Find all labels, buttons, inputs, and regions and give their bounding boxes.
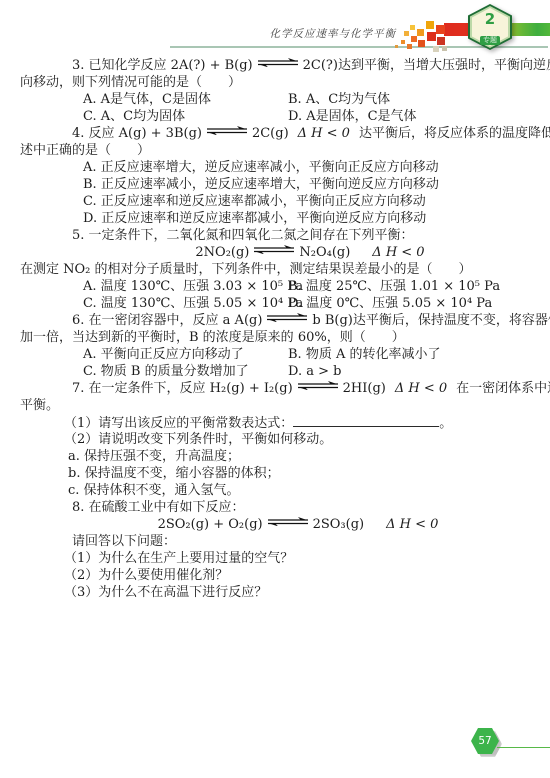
- question-5-options-cd: C. 温度 130℃、压强 5.05 × 10⁴ Pa D. 温度 0℃、压强 …: [20, 295, 520, 312]
- question-4-option-b: B. 正反应速率减小，逆反应速率增大，平衡向逆反应方向移动: [20, 176, 520, 193]
- question-4-option-d: D. 正反应速率和逆反应速率都减小，平衡向逆反应方向移动: [20, 210, 520, 227]
- option-c: C. 温度 130℃、压强 5.05 × 10⁴ Pa: [83, 296, 303, 311]
- answer-blank: [293, 414, 439, 427]
- question-7-sub-b: b. 保持温度不变，缩小容器的体积；: [20, 465, 520, 482]
- question-3-line-1: 3. 已知化学反应 2A(?) + B(g)2C(?)达到平衡，当增大压强时，平…: [20, 57, 520, 74]
- question-8-sub-1: （1）为什么在生产上要用过量的空气？: [20, 550, 520, 567]
- delta-h: Δ H < 0: [395, 381, 447, 396]
- option-d: D. A是固体，C是气体: [288, 108, 417, 125]
- question-6-line-1: 6. 在一密闭容器中，反应 a A(g)b B(g)达平衡后，保持温度不变，将容…: [20, 312, 520, 329]
- chapter-number: 2: [468, 12, 512, 27]
- mosaic-square: [442, 46, 447, 51]
- option-d: D. 温度 0℃、压强 5.05 × 10⁴ Pa: [288, 295, 492, 312]
- question-5-line-2: 在测定 NO₂ 的相对分子质量时，下列条件中，测定结果误差最小的是（ ）: [20, 261, 520, 278]
- question-7-line-1: 7. 在一定条件下，反应 H₂(g) + I₂(g)2HI(g)Δ H < 0在…: [20, 380, 520, 397]
- mosaic-square: [418, 40, 425, 47]
- mosaic-square: [404, 31, 409, 36]
- option-b: B. 物质 A 的转化率减小了: [288, 346, 440, 363]
- question-7-sub-c: c. 保持体积不变，通入氢气。: [20, 482, 520, 499]
- question-5-line-1: 5. 一定条件下，二氧化氮和四氧化二氮之间存在下列平衡：: [20, 227, 520, 244]
- equilibrium-arrow-icon: [267, 517, 309, 526]
- option-b: B. A、C均为气体: [288, 91, 390, 108]
- question-8-sub-3: （3）为什么不在高温下进行反应？: [20, 584, 520, 601]
- mosaic-square: [426, 21, 434, 29]
- question-7-sub-2: （2）请说明改变下列条件时，平衡如何移动。: [20, 431, 520, 448]
- chapter-badge: 2 专题: [468, 4, 512, 50]
- question-3-options-cd: C. A、C均为固体 D. A是固体，C是气体: [20, 108, 520, 125]
- mosaic-square: [427, 32, 436, 41]
- question-8-equation: 2SO₂(g) + O₂(g)2SO₃(g)Δ H < 0: [20, 516, 520, 533]
- question-8-sub-2: （2）为什么要使用催化剂？: [20, 567, 520, 584]
- equilibrium-arrow-icon: [253, 245, 295, 254]
- equilibrium-arrow-icon: [206, 126, 248, 135]
- question-3-line-2: 向移动，则下列情况可能的是（ ）: [20, 74, 520, 91]
- equilibrium-arrow-icon: [257, 58, 299, 67]
- option-c: C. 物质 B 的质量分数增加了: [83, 364, 249, 379]
- question-4-option-c: C. 正反应速率和逆反应速率都减小，平衡向正反应方向移动: [20, 193, 520, 210]
- option-d: D. a > b: [288, 363, 341, 380]
- question-7-sub-1: （1）请写出该反应的平衡常数表达式：。: [20, 414, 520, 431]
- chapter-title: 化学反应速率与化学平衡: [240, 26, 396, 41]
- option-a: A. A是气体，C是固体: [83, 92, 211, 107]
- header-mosaic: [393, 20, 453, 54]
- question-5-equation: 2NO₂(g)N₂O₄(g)Δ H < 0: [20, 244, 520, 261]
- mosaic-square: [410, 25, 415, 30]
- page-number: 57: [478, 735, 491, 747]
- question-4-line-2: 述中正确的是（ ）: [20, 142, 520, 159]
- mosaic-square: [411, 36, 417, 42]
- textbook-page: 化学反应速率与化学平衡 2 专题 3. 已知化学反应 2A(?) + B(g)2…: [0, 0, 550, 778]
- footer-line: [497, 747, 550, 748]
- option-a: A. 平衡向正反应方向移动了: [83, 347, 244, 362]
- mosaic-square: [401, 40, 405, 44]
- mosaic-square: [436, 25, 445, 34]
- question-7-sub-a: a. 保持压强不变，升高温度；: [20, 448, 520, 465]
- mosaic-square: [407, 44, 412, 49]
- page-content: 3. 已知化学反应 2A(?) + B(g)2C(?)达到平衡，当增大压强时，平…: [20, 57, 520, 601]
- question-4-line-1: 4. 反应 A(g) + 3B(g)2C(g)Δ H < 0达平衡后，将反应体系…: [20, 125, 520, 142]
- delta-h: Δ H < 0: [372, 245, 424, 260]
- question-5-options-ab: A. 温度 130℃、压强 3.03 × 10⁵ Pa B. 温度 25℃、压强…: [20, 278, 520, 295]
- mosaic-square: [433, 46, 439, 52]
- question-7-line-2: 平衡。: [20, 397, 520, 414]
- question-6-line-2: 加一倍，当达到新的平衡时，B 的浓度是原来的 60%，则（ ）: [20, 329, 520, 346]
- equilibrium-arrow-icon: [297, 381, 339, 390]
- option-a: A. 温度 130℃、压强 3.03 × 10⁵ Pa: [83, 279, 303, 294]
- delta-h: Δ H < 0: [298, 126, 350, 141]
- delta-h: Δ H < 0: [386, 517, 438, 532]
- question-4-option-a: A. 正反应速率增大，逆反应速率减小，平衡向正反应方向移动: [20, 159, 520, 176]
- mosaic-square: [395, 45, 398, 48]
- option-c: C. A、C均为固体: [83, 109, 185, 124]
- mosaic-square: [417, 29, 424, 36]
- question-6-options-cd: C. 物质 B 的质量分数增加了 D. a > b: [20, 363, 520, 380]
- question-8-line-2: 请回答以下问题：: [20, 533, 520, 550]
- question-3-options-ab: A. A是气体，C是固体 B. A、C均为气体: [20, 91, 520, 108]
- question-6-options-ab: A. 平衡向正反应方向移动了 B. 物质 A 的转化率减小了: [20, 346, 520, 363]
- option-b: B. 温度 25℃、压强 1.01 × 10⁵ Pa: [288, 278, 500, 295]
- chapter-badge-label: 专题: [480, 36, 500, 45]
- equilibrium-arrow-icon: [266, 313, 308, 322]
- mosaic-square: [437, 37, 445, 45]
- question-8-line-1: 8. 在硫酸工业中有如下反应：: [20, 499, 520, 516]
